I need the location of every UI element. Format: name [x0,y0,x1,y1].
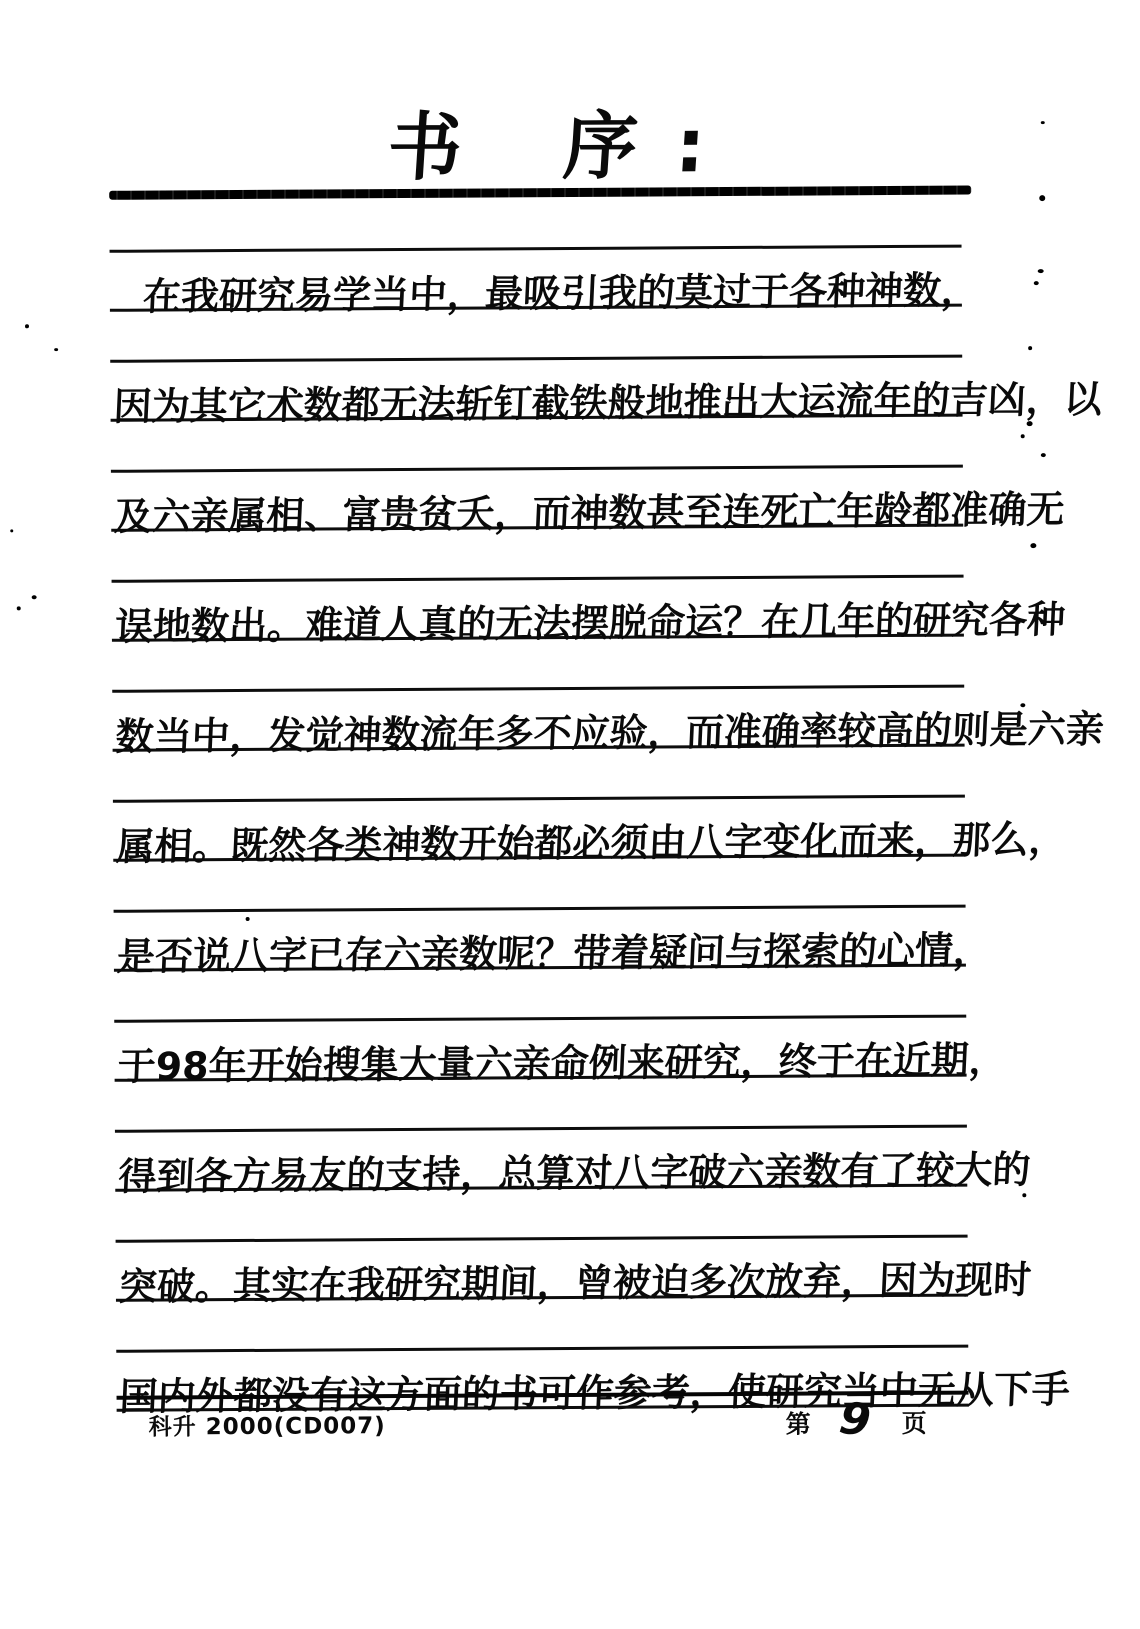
page-title: 书 序: [0,85,1139,198]
handwritten-text: 因为其它术数都无法斩钉截铁般地推出大运流年的吉凶，以 [113,368,1104,431]
ruled-line: 数当中，发觉神数流年多不应验，而准确率较高的则是六亲 [112,685,964,752]
scan-speck [1034,281,1039,285]
scan-speck [1020,703,1025,707]
page-number-prefix: 第 [786,1405,811,1441]
ruled-line: 国内外都没有这方面的书可作参考，使研究当中无从下手 [116,1345,968,1412]
ruled-line: 误地数出。难道人真的无法摆脱命运？在几年的研究各种 [112,575,964,642]
scan-speck [1039,195,1045,201]
scan-speck [1027,421,1033,426]
scan-speck [25,324,29,328]
scan-speck [1028,346,1032,350]
scan-speck [1022,1193,1026,1197]
footer-imprint: 科升 2000(CD007) [149,1407,386,1441]
handwritten-text: 得到各方易友的支持，总算对八字破六亲数有了较大的 [117,1139,1032,1201]
ruled-line: 突破。其实在我研究期间，曾被迫多次放弃，因为现时 [116,1235,968,1302]
scanned-page: 书 序: 在我研究易学当中，最吸引我的莫过于各种神数， 因为其它术数都无法斩钉截… [0,0,1140,1629]
page-content: 书 序: 在我研究易学当中，最吸引我的莫过于各种神数， 因为其它术数都无法斩钉截… [0,0,1140,1629]
ruled-text-block: 在我研究易学当中，最吸引我的莫过于各种神数， 因为其它术数都无法斩钉截铁般地推出… [110,245,969,1460]
scan-speck [301,937,305,940]
ruled-line: 属相。既然各类神数开始都必须由八字变化而来，那么， [113,795,965,862]
scan-speck [1021,434,1025,438]
handwritten-text: 于98年开始搜集大量六亲命例来研究，终于在近期， [117,1029,1008,1091]
scan-speck [1041,121,1045,124]
scan-speck [10,529,13,532]
scan-speck [32,595,37,599]
handwritten-text: 误地数出。难道人真的无法摆脱命运？在几年的研究各种 [114,588,1067,650]
scan-speck [1038,269,1044,273]
scan-speck [54,348,58,351]
handwritten-text: 数当中，发觉神数流年多不应验，而准确率较高的则是六亲 [115,698,1106,761]
handwritten-text: 及六亲属相、富贵贫夭，而神数甚至连死亡年龄都准确无 [113,478,1066,540]
ruled-line: 于98年开始搜集大量六亲命例来研究，终于在近期， [114,1015,966,1082]
ruled-line: 在我研究易学当中，最吸引我的莫过于各种神数， [110,245,962,312]
scan-speck [17,606,21,610]
scan-speck [246,917,250,921]
scan-speck [1041,453,1046,457]
ruled-line: 得到各方易友的支持，总算对八字破六亲数有了较大的 [115,1125,967,1192]
page-number-suffix: 页 [902,1404,927,1440]
ruled-line: 及六亲属相、富贵贫夭，而神数甚至连死亡年龄都准确无 [111,465,963,532]
handwritten-text: 在我研究易学当中，最吸引我的莫过于各种神数， [142,259,981,321]
handwritten-text: 是否说八字已存六亲数呢？带着疑问与探索的心情， [116,919,993,981]
handwritten-text: 属相。既然各类神数开始都必须由八字变化而来，那么， [115,808,1068,870]
handwritten-text: 突破。其实在我研究期间，曾被迫多次放弃，因为现时 [118,1249,1033,1311]
ruled-line: 是否说八字已存六亲数呢？带着疑问与探索的心情， [114,905,966,972]
ruled-line: 因为其它术数都无法斩钉截铁般地推出大运流年的吉凶，以 [110,355,962,422]
scan-speck [1030,543,1036,548]
